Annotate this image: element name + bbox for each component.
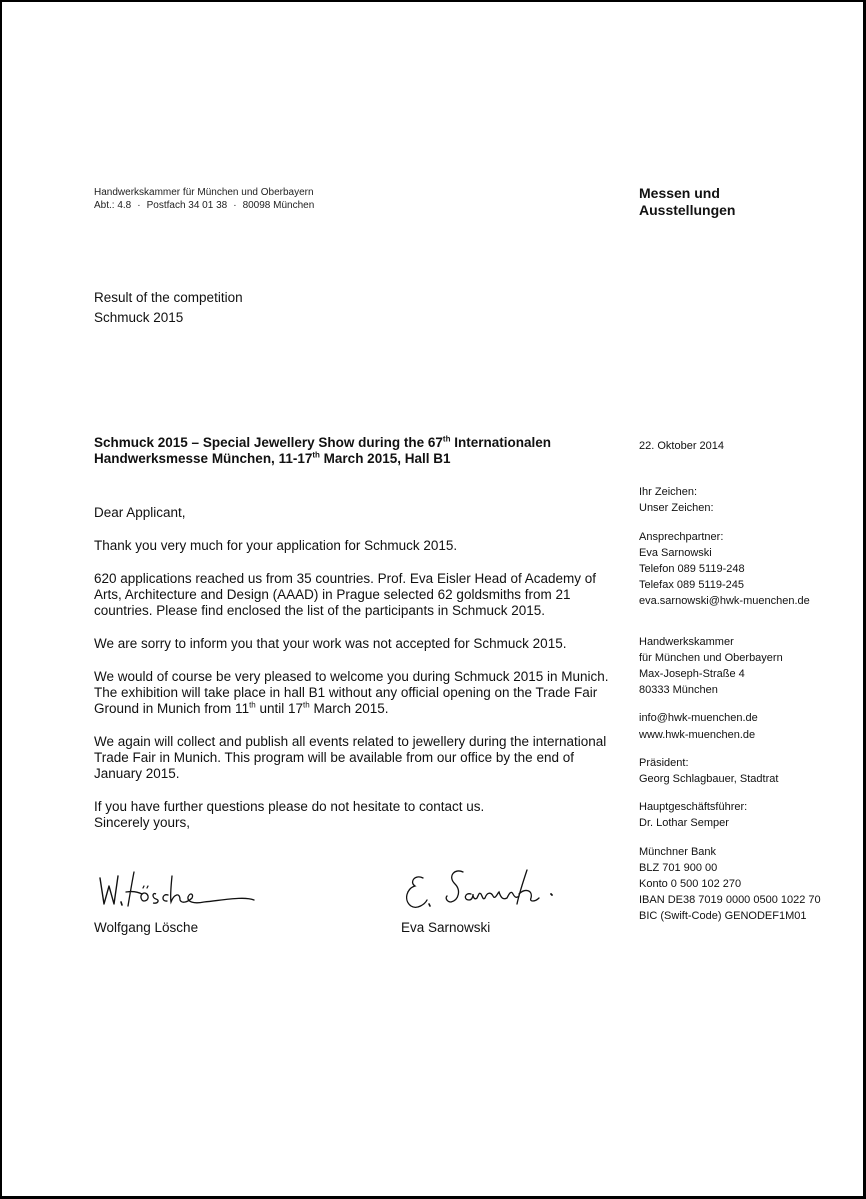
separator: · <box>137 200 140 211</box>
bank-code: BLZ 701 900 00 <box>639 860 839 876</box>
contact-fax: Telefax 089 5119-245 <box>639 577 839 593</box>
department-line-1: Messen und <box>639 185 735 202</box>
handwritten-signature-icon <box>401 864 581 912</box>
ordinal-suffix: th <box>312 451 320 460</box>
managing-director-block: Hauptgeschäftsführer: Dr. Lothar Semper <box>639 799 839 831</box>
department-line-2: Ausstellungen <box>639 202 735 219</box>
salutation: Dear Applicant, <box>94 505 624 521</box>
paragraph-text: until 17 <box>256 701 303 716</box>
department-heading: Messen und Ausstellungen <box>639 185 735 219</box>
letter-date: 22. Oktober 2014 <box>639 438 839 454</box>
sender-line-1: Handwerkskammer für München und Oberbaye… <box>94 187 314 200</box>
contact-label: Ansprechpartner: <box>639 529 839 545</box>
web-block: info@hwk-muenchen.de www.hwk-muenchen.de <box>639 710 839 742</box>
paragraph: 620 applications reached us from 35 coun… <box>94 571 624 619</box>
contact-name: Eva Sarnowski <box>639 545 839 561</box>
paragraph: We are sorry to inform you that your wor… <box>94 636 624 652</box>
iban: IBAN DE38 7019 0000 0500 1022 70 <box>639 892 839 908</box>
separator: · <box>233 200 236 211</box>
address-line: Handwerkskammer <box>639 634 839 650</box>
contact-email[interactable]: eva.sarnowski@hwk-muenchen.de <box>639 593 839 609</box>
managing-director-label: Hauptgeschäftsführer: <box>639 799 839 815</box>
contact-block: Ansprechpartner: Eva Sarnowski Telefon 0… <box>639 529 839 610</box>
handwritten-signature-icon <box>94 864 274 912</box>
subject-line: Schmuck 2015 – Special Jewellery Show du… <box>94 435 624 467</box>
managing-director-name: Dr. Lothar Semper <box>639 815 839 831</box>
sender-city: 80098 München <box>243 200 315 211</box>
recipient-line-1: Result of the competition <box>94 288 243 308</box>
sidebar-info: 22. Oktober 2014 Ihr Zeichen: Unser Zeic… <box>639 438 839 937</box>
date-text: 22. Oktober 2014 <box>639 438 839 454</box>
website-link[interactable]: www.hwk-muenchen.de <box>639 727 839 743</box>
address-line: 80333 München <box>639 682 839 698</box>
president-block: Präsident: Georg Schlagbauer, Stadtrat <box>639 755 839 787</box>
closing: Sincerely yours, <box>94 815 624 831</box>
paragraph: We again will collect and publish all ev… <box>94 734 624 782</box>
signature-block-2: Eva Sarnowski <box>401 864 581 936</box>
ordinal-suffix: th <box>303 701 310 710</box>
sender-department: Abt.: 4.8 <box>94 200 131 211</box>
bank-block: Münchner Bank BLZ 701 900 00 Konto 0 500… <box>639 844 839 925</box>
account-number: Konto 0 500 102 270 <box>639 876 839 892</box>
address-line: Max-Joseph-Straße 4 <box>639 666 839 682</box>
address-block: Handwerkskammer für München und Oberbaye… <box>639 634 839 699</box>
signature-block-1: Wolfgang Lösche <box>94 864 274 936</box>
paragraph-text: March 2015. <box>310 701 389 716</box>
president-label: Präsident: <box>639 755 839 771</box>
info-email[interactable]: info@hwk-muenchen.de <box>639 710 839 726</box>
contact-phone: Telefon 089 5119-248 <box>639 561 839 577</box>
paragraph: Thank you very much for your application… <box>94 538 624 554</box>
signatory-name: Wolfgang Lösche <box>94 920 274 936</box>
address-line: für München und Oberbayern <box>639 650 839 666</box>
our-reference-label: Unser Zeichen: <box>639 500 839 516</box>
sender-postbox: Postfach 34 01 38 <box>147 200 228 211</box>
sender-line-2: Abt.: 4.8·Postfach 34 01 38·80098 Münche… <box>94 200 314 213</box>
president-name: Georg Schlagbauer, Stadtrat <box>639 771 839 787</box>
recipient-line-2: Schmuck 2015 <box>94 308 243 328</box>
letter-page: Handwerkskammer für München und Oberbaye… <box>0 0 866 1199</box>
recipient-block: Result of the competition Schmuck 2015 <box>94 288 243 327</box>
paragraph: We would of course be very pleased to we… <box>94 669 624 717</box>
your-reference-label: Ihr Zeichen: <box>639 484 839 500</box>
paragraph: If you have further questions please do … <box>94 799 624 815</box>
subject-text: Schmuck 2015 – Special Jewellery Show du… <box>94 435 443 450</box>
bank-name: Münchner Bank <box>639 844 839 860</box>
bic: BIC (Swift-Code) GENODEF1M01 <box>639 908 839 924</box>
subject-text: March 2015, Hall B1 <box>320 451 451 466</box>
reference-block: Ihr Zeichen: Unser Zeichen: <box>639 484 839 516</box>
ordinal-suffix: th <box>249 701 256 710</box>
sender-address: Handwerkskammer für München und Oberbaye… <box>94 187 314 212</box>
letter-body: Dear Applicant, Thank you very much for … <box>94 505 624 831</box>
signatory-name: Eva Sarnowski <box>401 920 581 936</box>
